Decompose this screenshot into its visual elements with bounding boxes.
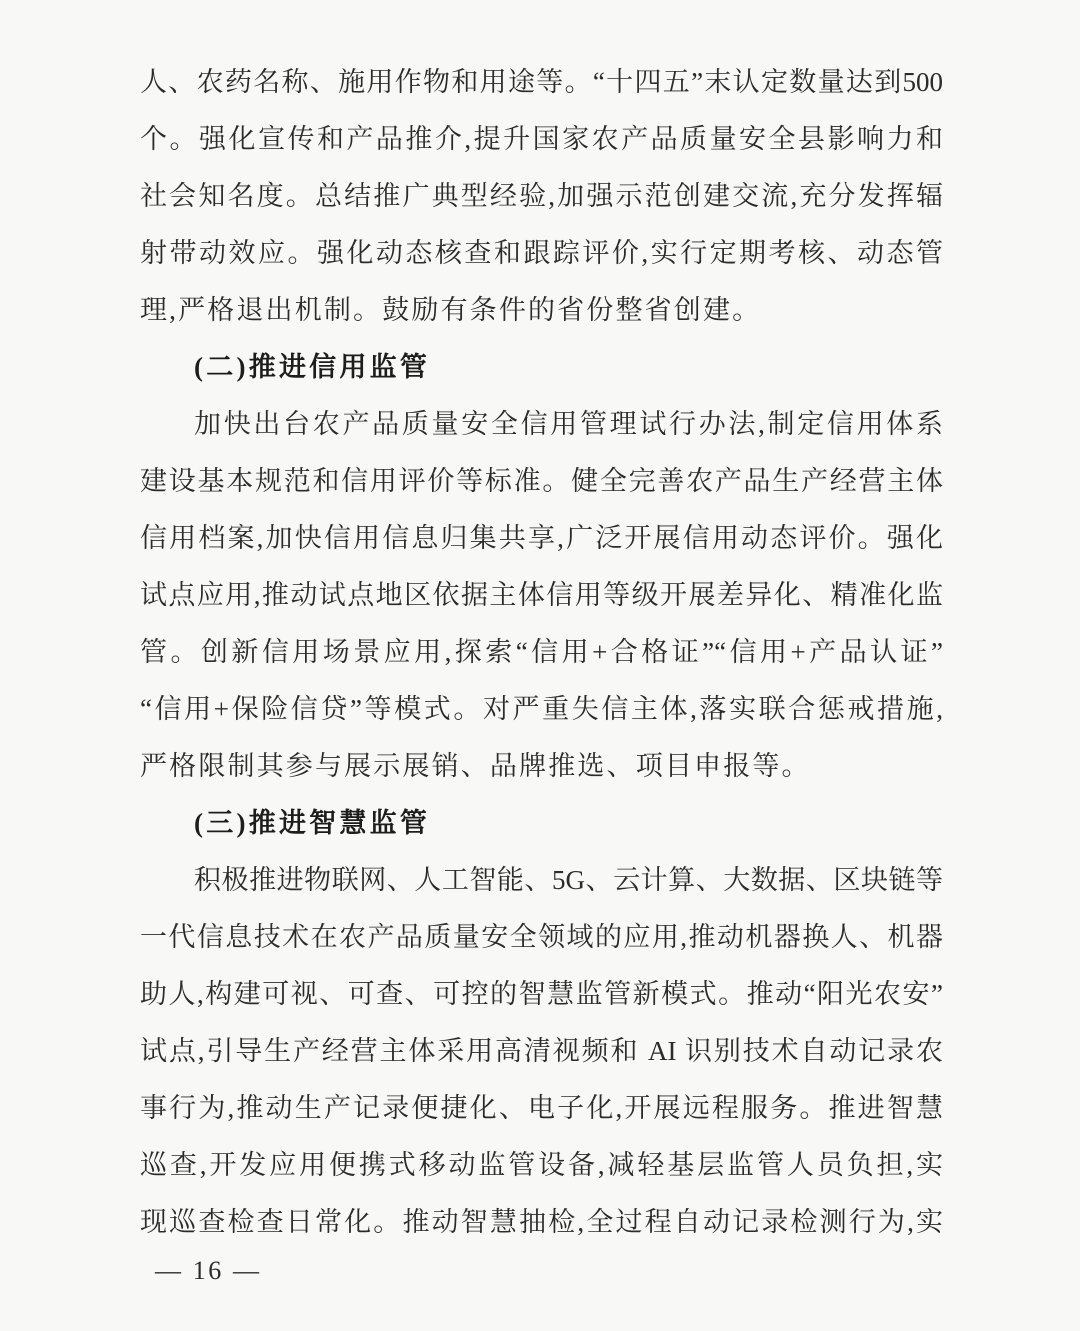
page-footer: — 16 —: [140, 1251, 943, 1291]
para1-line-5: 理,严格退出机制。鼓励有条件的省份整省创建。: [140, 282, 943, 339]
para3-line-1: 积极推进物联网、人工智能、5G、云计算、大数据、区块链等新: [140, 852, 943, 909]
para2-line-6: “信用+保险信贷”等模式。对严重失信主体,落实联合惩戒措施,: [140, 681, 943, 738]
para3-line-7: 现巡查检查日常化。推动智慧抽检,全过程自动记录检测行为,实: [140, 1194, 943, 1251]
section-heading-2: (二)推进信用监管: [140, 339, 943, 396]
para2-line-4: 试点应用,推动试点地区依据主体信用等级开展差异化、精准化监: [140, 567, 943, 624]
para3-line-4: 试点,引导生产经营主体采用高清视频和 AI 识别技术自动记录农: [140, 1023, 943, 1080]
page-number: — 16 —: [155, 1256, 262, 1285]
para2-line-2: 建设基本规范和信用评价等标准。健全完善农产品生产经营主体: [140, 453, 943, 510]
para1-line-1: 人、农药名称、施用作物和用途等。“十四五”末认定数量达到500: [140, 54, 943, 111]
para1-line-2: 个。强化宣传和产品推介,提升国家农产品质量安全县影响力和: [140, 111, 943, 168]
para1-line-3: 社会知名度。总结推广典型经验,加强示范创建交流,充分发挥辐: [140, 168, 943, 225]
page-body: 人、农药名称、施用作物和用途等。“十四五”末认定数量达到500 个。强化宣传和产…: [140, 54, 943, 1251]
section-heading-3: (三)推进智慧监管: [140, 795, 943, 852]
document-page: 人、农药名称、施用作物和用途等。“十四五”末认定数量达到500 个。强化宣传和产…: [0, 0, 1080, 1331]
para3-line-5: 事行为,推动生产记录便捷化、电子化,开展远程服务。推进智慧: [140, 1080, 943, 1137]
para2-line-5: 管。创新信用场景应用,探索“信用+合格证”“信用+产品认证”: [140, 624, 943, 681]
para2-line-7: 严格限制其参与展示展销、品牌推选、项目申报等。: [140, 738, 943, 795]
para2-line-1: 加快出台农产品质量安全信用管理试行办法,制定信用体系: [140, 396, 943, 453]
para3-line-6: 巡查,开发应用便携式移动监管设备,减轻基层监管人员负担,实: [140, 1137, 943, 1194]
para1-line-4: 射带动效应。强化动态核查和跟踪评价,实行定期考核、动态管: [140, 225, 943, 282]
para3-line-2: 一代信息技术在农产品质量安全领域的应用,推动机器换人、机器: [140, 909, 943, 966]
para2-line-3: 信用档案,加快信用信息归集共享,广泛开展信用动态评价。强化: [140, 510, 943, 567]
para3-line-3: 助人,构建可视、可查、可控的智慧监管新模式。推动“阳光农安”: [140, 966, 943, 1023]
